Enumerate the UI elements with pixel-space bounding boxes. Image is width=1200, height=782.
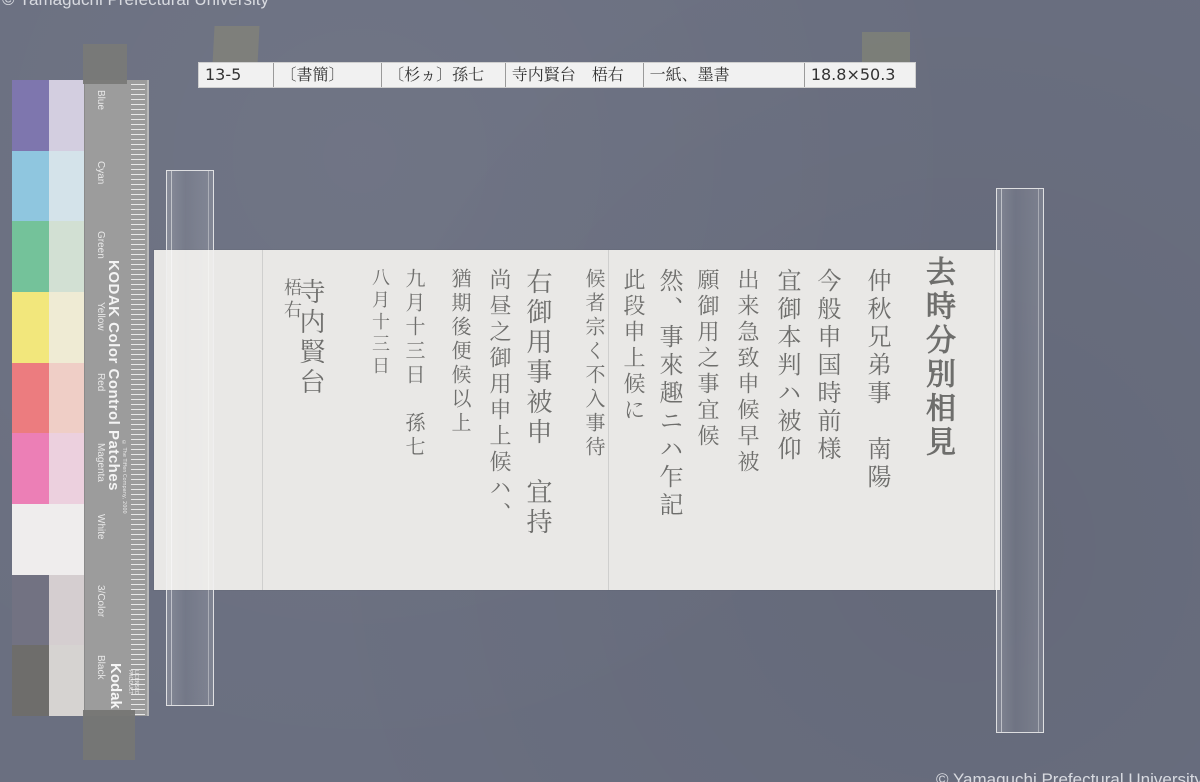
calligraphy-column: 尚昼之御用申上候ハ、	[483, 268, 514, 528]
ruler-patch-labels: BlueCyanGreenYellowRedMagentaWhite3/Colo…	[88, 80, 106, 716]
calligraphy-column: 願御用之事宜候	[691, 268, 722, 450]
tape-ruler-top	[83, 44, 127, 84]
calligraphy-column: 去時分別相見	[915, 256, 959, 460]
ruler-copyright: © The Tiffen Company, 2000	[121, 440, 127, 514]
color-patch	[49, 292, 86, 363]
calligraphy-column: 八月十三日	[366, 268, 392, 378]
ruler-label: Red	[88, 373, 106, 391]
label-cell: 寺内賢台 梧右	[506, 63, 644, 87]
calligraphy-column: 此段申上候に	[617, 268, 648, 424]
color-patch	[12, 292, 49, 363]
ruler-label: Yellow	[88, 302, 106, 331]
color-patch	[12, 504, 86, 575]
watermark-bottom: © Yamaguchi Prefectural University	[936, 770, 1200, 782]
patch-row-3-color	[12, 575, 86, 646]
calligraphy-column: 今般申国時前様	[810, 268, 845, 464]
calligraphy-column: 仲秋兄弟事 南陽	[860, 268, 895, 492]
color-patch	[49, 221, 86, 292]
color-patch	[49, 645, 86, 716]
color-patch	[49, 363, 86, 434]
ruler-label: Green	[88, 231, 106, 259]
color-patch	[49, 433, 86, 504]
calligraphy-column: 梧右	[278, 278, 304, 322]
calligraphy-column: 出来急致申候早被	[731, 268, 762, 476]
label-cell: 〔杉ヵ〕孫七	[382, 63, 506, 87]
glass-weight-left	[166, 170, 214, 706]
kodak-ruler: BlueCyanGreenYellowRedMagentaWhite3/Colo…	[84, 80, 149, 716]
label-cell: 13-5	[199, 63, 274, 87]
color-control-patches	[12, 80, 86, 716]
fold-line	[994, 250, 995, 590]
catalog-label-strip: 13-5〔書簡〕〔杉ヵ〕孫七寺内賢台 梧右一紙、墨書18.8×50.3	[198, 62, 916, 88]
color-patch	[12, 575, 49, 646]
color-patch	[12, 151, 49, 222]
label-cell: 〔書簡〕	[274, 63, 382, 87]
tape-ruler-bottom	[83, 710, 135, 760]
patch-row-blue	[12, 80, 86, 151]
calligraphy-column: 宜御本判ハ被仰	[770, 268, 805, 464]
patch-row-red	[12, 363, 86, 434]
label-cell: 一紙、墨書	[644, 63, 805, 87]
calligraphy-column: 然、事來趣ニハ乍記	[652, 268, 687, 520]
patch-row-magenta	[12, 433, 86, 504]
color-patch	[12, 433, 49, 504]
ruler-label: Blue	[88, 90, 106, 110]
ruler-label: 3/Color	[88, 585, 106, 617]
calligraphy-column: 右御用事被申 宜持	[519, 268, 556, 538]
calligraphy-column: 猶期後便候以上	[446, 268, 475, 436]
patch-row-yellow	[12, 292, 86, 363]
ruler-title: KODAK Color Control Patches	[105, 260, 122, 491]
color-patch	[12, 80, 49, 151]
ruler-edge	[147, 80, 149, 716]
kodak-logo: Kodak	[107, 663, 124, 709]
patch-row-green	[12, 221, 86, 292]
watermark-top: © Yamaguchi Prefectural University	[2, 0, 269, 10]
color-patch	[12, 221, 49, 292]
color-patch	[49, 151, 86, 222]
color-patch	[49, 80, 86, 151]
ruler-label: Black	[88, 655, 106, 679]
ruler-scale-ticks	[131, 80, 145, 716]
letter-document: 去時分別相見仲秋兄弟事 南陽今般申国時前様宜御本判ハ被仰出来急致申候早被願御用之…	[154, 250, 1000, 590]
patch-row-white	[12, 504, 86, 575]
label-cell: 18.8×50.3	[805, 63, 915, 87]
fold-line	[262, 250, 263, 590]
ruler-label: White	[88, 514, 106, 540]
calligraphy-column: 候者宗く不入事待	[580, 268, 609, 460]
calligraphy-column: 九月十三日 孫七	[400, 268, 429, 460]
ruler-label: Magenta	[88, 443, 106, 482]
patch-row-cyan	[12, 151, 86, 222]
ruler-label: Cyan	[88, 161, 106, 184]
color-patch	[12, 363, 49, 434]
patch-row-black	[12, 645, 86, 716]
color-patch	[12, 645, 49, 716]
color-patch	[49, 575, 86, 646]
glass-weight-right	[996, 188, 1044, 733]
